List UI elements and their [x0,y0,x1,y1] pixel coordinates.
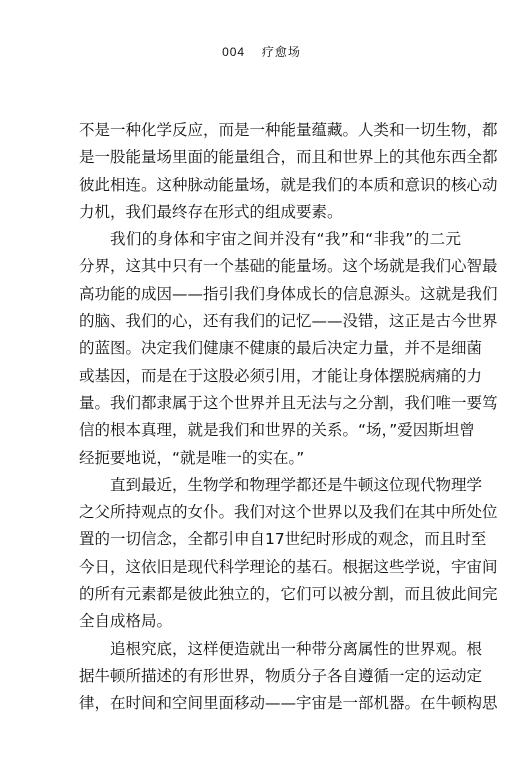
text-line: 经扼要地说，“就是唯一的实在。” [79,445,461,472]
text-line: 的脑、我们的心，还有我们的记忆——没错，这正是古今世界 [79,308,461,335]
book-title: 疗愈场 [262,45,301,59]
text-line: 分界，这其中只有一个基础的能量场。这个场就是我们心智最 [79,253,461,280]
text-line: 力机，我们最终存在形式的组成要素。 [79,199,461,226]
text-line: 追根究底，这样便造就出一种带分离属性的世界观。根 [79,636,461,663]
page-number: 004 [222,45,245,59]
text-line: 是一股能量场里面的能量组合，而且和世界上的其他东西全都 [79,144,461,171]
text-line: 据牛顿所描述的有形世界，物质分子各自遵循一定的运动定 [79,663,461,690]
text-line: 彼此相连。这种脉动能量场，就是我们的本质和意识的核心动 [79,172,461,199]
text-line: 之父所持观点的女仆。我们对这个世界以及我们在其中所处位 [79,499,461,526]
text-line: 我们的身体和宇宙之间并没有“我”和“非我”的二元 [79,226,461,253]
text-line: 高功能的成因——指引我们身体成长的信息源头。这就是我们 [79,281,461,308]
text-line: 信的根本真理，就是我们和世界的关系。“场，”爱因斯坦曾 [79,417,461,444]
text-line: 置的一切信念，全都引申自17世纪时形成的观念，而且时至 [79,526,461,553]
page-body: 不是一种化学反应，而是一种能量蕴藏。人类和一切生物，都是一股能量场里面的能量组合… [79,117,461,718]
text-line: 律，在时间和空间里面移动——宇宙是一部机器。在牛顿构思 [79,690,461,717]
text-line: 直到最近，生物学和物理学都还是牛顿这位现代物理学 [79,472,461,499]
text-line: 全自成格局。 [79,608,461,635]
text-line: 的所有元素都是彼此独立的，它们可以被分割，而且彼此间完 [79,581,461,608]
text-line: 不是一种化学反应，而是一种能量蕴藏。人类和一切生物，都 [79,117,461,144]
text-line: 或基因，而是在于这股必须引用，才能让身体摆脱病痛的力 [79,363,461,390]
running-header: 004 疗愈场 [0,43,523,60]
text-line: 的蓝图。决定我们健康不健康的最后决定力量，并不是细菌 [79,335,461,362]
text-line: 量。我们都隶属于这个世界并且无法与之分割，我们唯一要笃 [79,390,461,417]
text-line: 今日，这依旧是现代科学理论的基石。根据这些学说，宇宙间 [79,554,461,581]
